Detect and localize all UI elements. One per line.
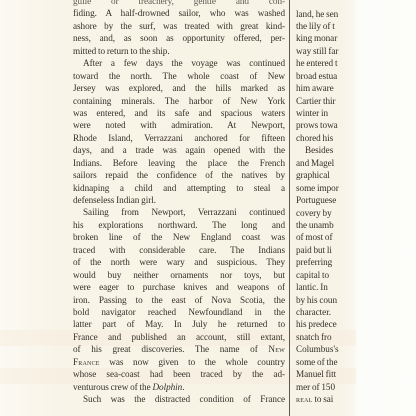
text-line: mer of 150 xyxy=(296,381,353,393)
text-line: ashore by the surf, was treated with gre… xyxy=(73,20,285,32)
text-line: land, he sen xyxy=(296,8,353,20)
text-line: venturous crew of the Dolphin. xyxy=(73,381,285,393)
text-line: Besides xyxy=(296,144,353,156)
text-line: prows towa xyxy=(296,119,353,131)
text-line: of his great discoveries. The name of Ne… xyxy=(73,343,285,355)
text-line: sailors repaid the confidence of the nat… xyxy=(73,169,285,181)
text-line: Manuel fitt xyxy=(296,368,353,380)
text-line: Columbus's xyxy=(296,343,353,355)
text-line: and Magel xyxy=(296,157,353,169)
text-line: paid but li xyxy=(296,244,353,256)
text-line: Portuguese xyxy=(296,194,353,206)
text-line: broad estua xyxy=(296,70,353,82)
text-line: Rhode Island, Verrazzani anchored for fi… xyxy=(73,132,285,144)
text-line: he entered t xyxy=(296,57,353,69)
text-line: winter in xyxy=(296,107,353,119)
text-line: whose sea-coast had been traced by the a… xyxy=(73,368,285,380)
text-line: defenseless Indian girl. xyxy=(73,194,285,206)
text-line: king monar xyxy=(296,32,353,44)
text-line: way still far xyxy=(296,45,353,57)
text-line: fiding. A half-drowned sailor, who was w… xyxy=(73,7,285,19)
text-line: traced with considerable care. The India… xyxy=(73,244,285,256)
text-line: Cartier thir xyxy=(296,95,353,107)
text-line: Sailing from Newport, Verrazzani continu… xyxy=(73,206,285,218)
text-line: capital to xyxy=(296,269,353,281)
text-line: Such was the distracted condition of Fra… xyxy=(73,393,285,405)
right-text-column: land, he senthe lily of tking monarway s… xyxy=(296,8,353,406)
text-line: his predece xyxy=(296,318,353,330)
text-line: France was now given to the whole countr… xyxy=(73,356,285,368)
left-text-column: guile or treachery, gentle and con-fidin… xyxy=(73,0,285,405)
text-line: latter part of May. In July he returned … xyxy=(73,318,285,330)
text-line: chored his xyxy=(296,132,353,144)
text-line: him aware xyxy=(296,82,353,94)
text-line: were noted with admiration. At Newport, xyxy=(73,119,285,131)
text-line: iron. Passing to the east of Nova Scotia… xyxy=(73,294,285,306)
text-line: was entered, and its safe and spacious w… xyxy=(73,107,285,119)
text-line: lantic. In xyxy=(296,281,353,293)
text-line: mitted to return to the ship. xyxy=(73,45,285,57)
text-line: broken line of the New England coast was xyxy=(73,231,285,243)
text-line: were eager to purchase knives and weapon… xyxy=(73,281,285,293)
text-line: After a few days the voyage was continue… xyxy=(73,57,285,69)
text-line: bold navigator reached Newfoundland in t… xyxy=(73,306,285,318)
text-line: Indians. Before leaving the place the Fr… xyxy=(73,157,285,169)
text-line: character. xyxy=(296,306,353,318)
text-line: the lily of t xyxy=(296,20,353,32)
text-line: of most of xyxy=(296,231,353,243)
text-line: Jersey was explored, and the hills marke… xyxy=(73,82,285,94)
column-divider-rule xyxy=(289,0,290,416)
text-line: real to sai xyxy=(296,393,353,405)
text-line: France and published an account, still e… xyxy=(73,331,285,343)
text-line: days, and a trade was again opened with … xyxy=(73,144,285,156)
text-line: some impor xyxy=(296,182,353,194)
text-line: snatch fro xyxy=(296,331,353,343)
text-line: guile or treachery, gentle and con- xyxy=(73,0,285,7)
text-line: of the north were wary and suspicious. T… xyxy=(73,256,285,268)
text-line: some of the xyxy=(296,356,353,368)
text-line: his explorations northward. The long and xyxy=(73,219,285,231)
text-line: by his coun xyxy=(296,294,353,306)
text-line: preferring xyxy=(296,256,353,268)
text-line: ness, and, as soon as opportunity offere… xyxy=(73,32,285,44)
text-line: the unamb xyxy=(296,219,353,231)
book-page: guile or treachery, gentle and con-fidin… xyxy=(0,0,416,416)
text-line: graphical xyxy=(296,169,353,181)
text-line: containing minerals. The harbor of New Y… xyxy=(73,95,285,107)
text-line: kidnaping a child and attempting to stea… xyxy=(73,182,285,194)
text-line: covery by xyxy=(296,207,353,219)
text-line: would buy neither ornaments nor toys, bu… xyxy=(73,269,285,281)
text-line: toward the north. The whole coast of New xyxy=(73,70,285,82)
